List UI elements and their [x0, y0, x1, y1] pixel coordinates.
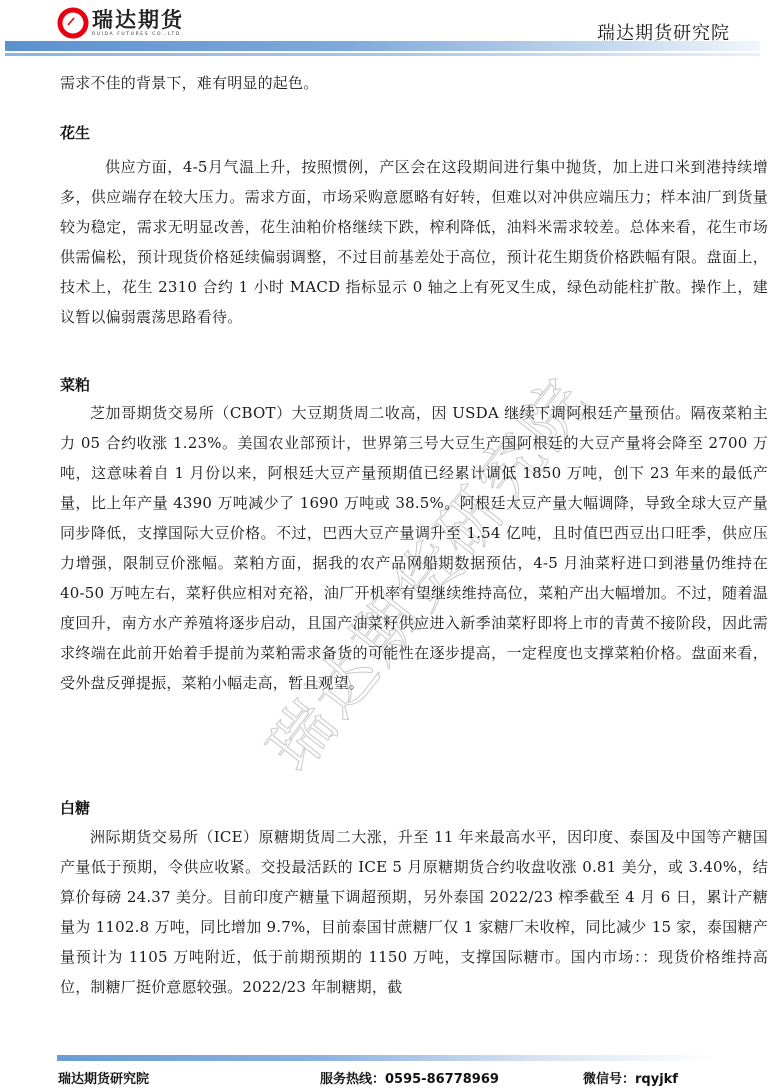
logo-english-name: RUIDA FUTURES CO.,LTD.	[92, 32, 184, 38]
section-title-sugar: 白糖	[60, 797, 90, 819]
footer-wechat: 微信号：rqyjkf	[583, 1068, 678, 1087]
section-title-rapeseed-meal: 菜粕	[60, 374, 90, 396]
section-title-peanut: 花生	[60, 122, 90, 144]
section-body-rapeseed-meal: 芝加哥期货交易所（CBOT）大豆期货周二收高，因 USDA 继续下调阿根廷产量预…	[60, 398, 768, 698]
intro-paragraph: 需求不佳的背景下，难有明显的起色。	[60, 68, 768, 98]
section-body-peanut: 供应方面，4-5月气温上升，按照惯例，产区会在这段期间进行集中抛货，加上进口米到…	[60, 152, 768, 332]
footer-org-name: 瑞达期货研究院	[58, 1068, 149, 1087]
ruida-logo-icon	[57, 7, 89, 39]
header-divider-line	[5, 53, 760, 56]
logo-chinese-name: 瑞达期货	[92, 8, 184, 32]
footer-divider-bar	[57, 1055, 717, 1061]
company-logo: 瑞达期货 RUIDA FUTURES CO.,LTD.	[57, 6, 184, 40]
section-body-sugar: 洲际期货交易所（ICE）原糖期货周二大涨，升至 11 年来最高水平，因印度、泰国…	[60, 822, 768, 1002]
header-divider-bar	[5, 41, 760, 51]
footer-hotline: 服务热线：0595-86778969	[320, 1068, 499, 1087]
page-footer: 瑞达期货研究院 服务热线：0595-86778969 微信号：rqyjkf	[0, 1068, 770, 1090]
page-header: 瑞达期货 RUIDA FUTURES CO.,LTD. 瑞达期货研究院	[0, 0, 770, 60]
